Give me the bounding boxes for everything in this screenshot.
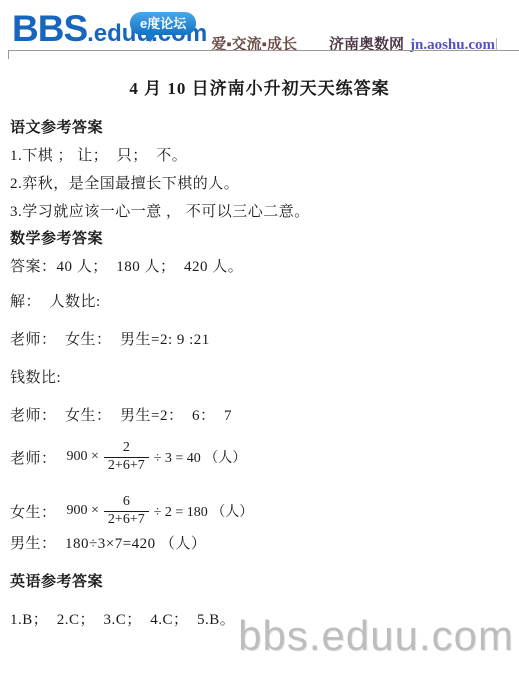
math-solution-line: 老师： 女生： 男生=2： 6： 7 <box>10 407 509 425</box>
math-final-line: 男生： 180÷3×7=420 （人） <box>10 535 509 553</box>
chinese-answer-line: 3.学习就应该一心一意 ， 不可以三心二意。 <box>10 203 509 221</box>
formula-suffix: ÷ 2 = 180 （人） <box>154 501 254 521</box>
math-solution-line: 解： 人数比: <box>10 293 509 311</box>
formula-teacher: 老师： 900 × 2 2+6+7 ÷ 3 = 40 （人） <box>10 435 509 479</box>
math-solution-line: 老师： 女生： 男生=2: 9 :21 <box>10 331 509 349</box>
section-heading-chinese: 语文参考答案 <box>10 119 509 137</box>
formula-prefix: 900 × <box>67 449 99 465</box>
math-answer-line: 答案：40 人； 180 人； 420 人。 <box>10 258 509 276</box>
logo-bbs-text: BBS <box>12 10 87 47</box>
formula-label: 女生： <box>10 501 57 522</box>
header-divider-tick-right <box>496 38 497 51</box>
formula-suffix: ÷ 3 = 40 （人） <box>154 447 247 467</box>
chinese-answer-line: 1.下棋 ； 让； 只； 不。 <box>10 147 509 165</box>
bbs-eduu-logo[interactable]: BBS.eduu.com e度论坛 <box>12 10 207 47</box>
eduu-forum-badge[interactable]: e度论坛 <box>130 12 196 35</box>
fraction: 2 2+6+7 <box>104 440 149 473</box>
site-header: BBS.eduu.com e度论坛 爱▪交流▪成长 济南奥数网 jn.aoshu… <box>0 0 519 57</box>
logo-edu-text: .edu <box>87 22 136 46</box>
formula-girls: 女生： 900 × 6 2+6+7 ÷ 2 = 180 （人） <box>10 489 509 533</box>
answer-document: 4 月 10 日济南小升初天天练答案 语文参考答案 1.下棋 ； 让； 只； 不… <box>0 57 519 629</box>
math-solution-line: 钱数比: <box>10 369 509 387</box>
watermark-text: bbs.eduu.com <box>238 615 514 657</box>
chinese-answer-line: 2.弈秋，是全国最擅长下棋的人。 <box>10 175 509 193</box>
site-link[interactable]: jn.aoshu.com <box>410 37 495 54</box>
formula-prefix: 900 × <box>67 503 99 519</box>
header-divider <box>8 50 519 51</box>
section-heading-math: 数学参考答案 <box>10 230 509 248</box>
formula-label: 老师： <box>10 447 57 468</box>
section-heading-english: 英语参考答案 <box>10 573 509 591</box>
fraction: 6 2+6+7 <box>104 494 149 527</box>
page-title: 4 月 10 日济南小升初天天练答案 <box>10 57 509 99</box>
